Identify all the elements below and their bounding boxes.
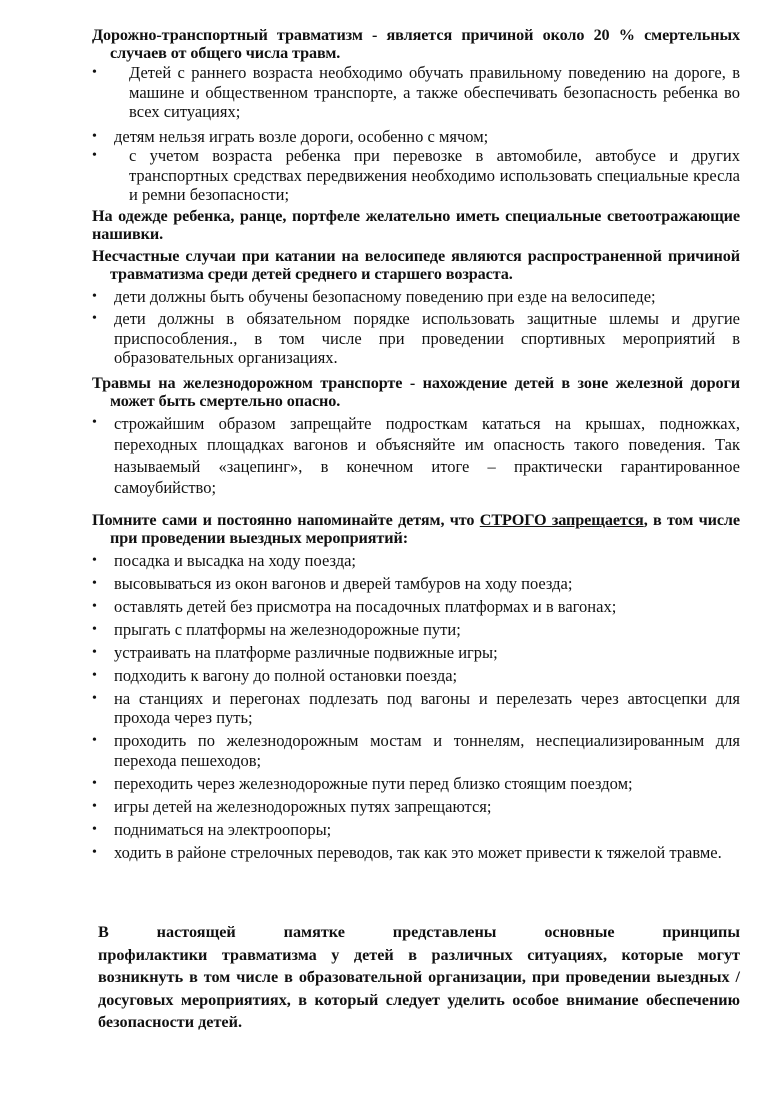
list-item: • дети должны в обязательном порядке исп… xyxy=(92,309,740,368)
bullet-icon: • xyxy=(92,574,97,594)
section-heading-reflective-patches: На одежде ребенка, ранце, портфеле желат… xyxy=(92,207,740,243)
list-item-text: дети должны быть обучены безопасному пов… xyxy=(92,287,740,307)
conclusion-first-line: В настоящей памятке представлены основны… xyxy=(98,921,740,944)
list-item-text: подниматься на электроопоры; xyxy=(92,820,740,840)
list-item-text: игры детей на железнодорожных путях запр… xyxy=(92,797,740,817)
list-item: • подходить к вагону до полной остановки… xyxy=(92,666,740,686)
bullet-icon: • xyxy=(92,620,97,640)
bullet-icon: • xyxy=(92,774,97,794)
list-item: • дети должны быть обучены безопасному п… xyxy=(92,287,740,307)
list-item: • детям нельзя играть возле дороги, особ… xyxy=(92,127,740,147)
section-heading-bicycle: Несчастные случаи при катании на велосип… xyxy=(92,247,740,283)
list-item: • посадка и высадка на ходу поезда; xyxy=(92,551,740,571)
bullet-icon: • xyxy=(92,731,97,751)
bullet-icon: • xyxy=(92,797,97,817)
conclusion-paragraph: В настоящей памятке представлены основны… xyxy=(98,921,740,1034)
list-item: • с учетом возраста ребенка при перевозк… xyxy=(92,146,740,205)
list-item: • оставлять детей без присмотра на посад… xyxy=(92,597,740,617)
list-item: • игры детей на железнодорожных путях за… xyxy=(92,797,740,817)
bullet-icon: • xyxy=(92,413,97,433)
railway-bullet-list: • строжайшим образом запрещайте подростк… xyxy=(92,413,740,499)
section-heading-road-traffic: Дорожно-транспортный травматизм - являет… xyxy=(92,26,740,62)
section-heading-railway: Травмы на железнодорожном транспорте - н… xyxy=(92,374,740,410)
list-item-text: устраивать на платформе различные подвиж… xyxy=(92,643,740,663)
conclusion-text: профилактики травматизма у детей в разли… xyxy=(98,946,740,1032)
list-item-text: ходить в районе стрелочных переводов, та… xyxy=(92,843,740,863)
bullet-icon: • xyxy=(92,820,97,840)
list-item: • высовываться из окон вагонов и дверей … xyxy=(92,574,740,594)
list-item: • строжайшим образом запрещайте подростк… xyxy=(92,413,740,499)
bicycle-bullet-list: • дети должны быть обучены безопасному п… xyxy=(92,287,740,368)
list-item-text: посадка и высадка на ходу поезда; xyxy=(92,551,740,571)
list-item: • устраивать на платформе различные подв… xyxy=(92,643,740,663)
list-item: • прыгать с платформы на железнодорожные… xyxy=(92,620,740,640)
bullet-icon: • xyxy=(92,309,97,329)
list-item-text: детям нельзя играть возле дороги, особен… xyxy=(92,127,740,147)
road-traffic-bullet-list: • Детей с раннего возраста необходимо об… xyxy=(92,63,740,205)
prohibited-bullet-list: • посадка и высадка на ходу поезда; • вы… xyxy=(92,551,740,863)
list-item: • на станциях и перегонах подлезать под … xyxy=(92,689,740,728)
section-heading-prohibited: Помните сами и постоянно напоминайте дет… xyxy=(92,511,740,547)
list-item: • Детей с раннего возраста необходимо об… xyxy=(92,63,740,122)
bullet-icon: • xyxy=(92,127,97,147)
list-item-text: подходить к вагону до полной остановки п… xyxy=(92,666,740,686)
list-item-text: прыгать с платформы на железнодорожные п… xyxy=(92,620,740,640)
emphasis-strictly-prohibited: СТРОГО запрещается xyxy=(480,511,644,529)
list-item: • проходить по железнодорожным мостам и … xyxy=(92,731,740,770)
list-item-text: с учетом возраста ребенка при перевозке … xyxy=(92,146,740,205)
list-item-text: высовываться из окон вагонов и дверей та… xyxy=(92,574,740,594)
bullet-icon: • xyxy=(92,551,97,571)
bullet-icon: • xyxy=(92,643,97,663)
memo-page: Дорожно-транспортный травматизм - являет… xyxy=(92,26,740,866)
list-item: • подниматься на электроопоры; xyxy=(92,820,740,840)
heading-text: Помните сами и постоянно напоминайте дет… xyxy=(92,511,480,529)
list-item: • ходить в районе стрелочных переводов, … xyxy=(92,843,740,863)
bullet-icon: • xyxy=(92,843,97,863)
bullet-icon: • xyxy=(92,146,97,166)
list-item-text: строжайшим образом запрещайте подросткам… xyxy=(92,413,740,499)
list-item-text: дети должны в обязательном порядке испол… xyxy=(92,309,740,368)
bullet-icon: • xyxy=(92,689,97,709)
bullet-icon: • xyxy=(92,597,97,617)
list-item-text: на станциях и перегонах подлезать под ва… xyxy=(92,689,740,728)
bullet-icon: • xyxy=(92,287,97,307)
list-item-text: оставлять детей без присмотра на посадоч… xyxy=(92,597,740,617)
list-item-text: проходить по железнодорожным мостам и то… xyxy=(92,731,740,770)
list-item: • переходить через железнодорожные пути … xyxy=(92,774,740,794)
bullet-icon: • xyxy=(92,63,97,83)
bullet-icon: • xyxy=(92,666,97,686)
list-item-text: переходить через железнодорожные пути пе… xyxy=(92,774,740,794)
list-item-text: Детей с раннего возраста необходимо обуч… xyxy=(92,63,740,122)
